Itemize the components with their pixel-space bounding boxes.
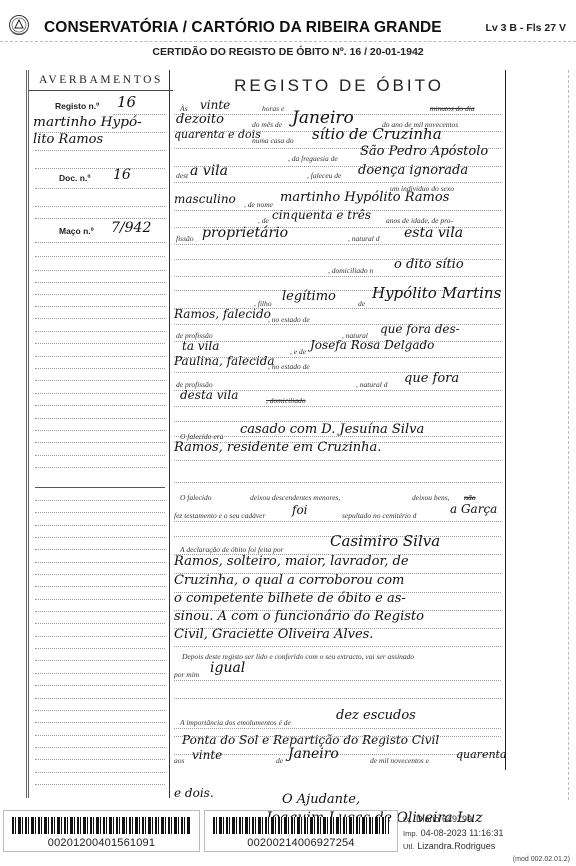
- user-info: Utl.Lizandra.Rodrigues: [403, 841, 495, 851]
- value-spouse: casado com D. Jesuína Silva: [240, 422, 424, 437]
- value-fee: dez escudos: [336, 708, 416, 723]
- deceased-name-line1: martinho Hypó-: [33, 115, 142, 130]
- label-aos: aos: [174, 756, 184, 765]
- value-hour: vinte: [200, 98, 230, 112]
- value-month-signed: Janeiro: [288, 746, 339, 762]
- ruled-line: [35, 150, 165, 151]
- value-mother: Josefa Rosa Delgado: [310, 338, 434, 352]
- value-father-natural-cont: ta vila: [182, 339, 219, 353]
- registo-label: Registo n.º: [55, 101, 99, 111]
- coat-of-arms-icon: [8, 14, 30, 36]
- value-year-signed-cont: e dois.: [174, 786, 214, 800]
- label-falecido: O falecido: [180, 493, 211, 502]
- label-cemiterio: sepultado no cemitério d: [342, 511, 416, 520]
- label-mil: de mil novecentos e: [370, 756, 429, 765]
- print-info: Imp.04-08-2023 11:16:31: [403, 828, 504, 838]
- office-title: CONSERVATÓRIA / CARTÓRIO DA RIBEIRA GRAN…: [44, 19, 442, 37]
- imp-value: 04-08-2023 11:16:31: [421, 828, 504, 838]
- label-declaracao: A declaração de óbito foi feita por: [180, 545, 284, 554]
- doc-value: 16: [113, 167, 131, 183]
- label-natural3: , natural d: [356, 380, 387, 389]
- imp-label: Imp.: [403, 829, 418, 838]
- label-faleceu: , faleceu de: [307, 171, 341, 180]
- book-reference: Lv 3 B - Fls 27 V: [485, 22, 566, 34]
- value-place: sítio de Cruzinha: [312, 125, 442, 143]
- barcode-2: 00200214006927254: [204, 810, 398, 852]
- util-label: Utl.: [403, 842, 414, 851]
- ruled-line: [35, 256, 165, 257]
- label-profissao: fissão: [176, 234, 194, 243]
- value-name: martinho Hypólito Ramos: [280, 190, 449, 205]
- value-father-natural: que fora des-: [380, 322, 460, 336]
- label-de2: de: [358, 299, 365, 308]
- value-vila: a vila: [190, 163, 228, 179]
- model-code: (mod 002.02.01.2): [513, 856, 570, 863]
- label-descendentes: deixou descendentes menores,: [250, 493, 340, 502]
- value-mother-natural: que fora: [404, 371, 459, 386]
- label-estado: , no estado de: [268, 315, 310, 324]
- value-age: cinquenta e três: [272, 208, 371, 222]
- label-nome: , de nome: [244, 200, 273, 209]
- value-parish: São Pedro Apóstolo: [360, 144, 488, 159]
- value-sex: masculino: [174, 192, 236, 206]
- value-foi: foi: [292, 503, 308, 517]
- ruled-line: [35, 206, 165, 207]
- certificate-subtitle: CERTIDÃO DO REGISTO DE ÓBITO Nº. 16 / 20…: [0, 46, 576, 58]
- ruled-line: [35, 188, 165, 189]
- label-por-mim: por mim: [174, 670, 199, 679]
- label-estado2: , no estado de: [268, 362, 310, 371]
- label-cadaver: fez testamento e o seu cadáver: [174, 511, 265, 520]
- value-declarant-details: Ramos, solteiro, maior, lavrador, de: [174, 554, 409, 569]
- barcode-2-number: 00200214006927254: [205, 837, 397, 849]
- ruled-line: [35, 168, 165, 169]
- value-mother-natural-cont: desta vila: [180, 388, 238, 402]
- maco-value: 7/942: [111, 220, 151, 236]
- label-e-de: , e de: [290, 347, 306, 356]
- barcode-bars: [213, 817, 389, 834]
- value-father-surname: Ramos, falecido: [174, 307, 271, 321]
- label-minutos: minutos do dia: [430, 104, 475, 113]
- diario-info: Lç.Diário 649799: [403, 814, 472, 824]
- deceased-name-line2: lito Ramos: [33, 132, 103, 147]
- diario-label: Lç.: [403, 815, 413, 824]
- doc-label: Doc. n.º: [59, 173, 90, 183]
- value-year: quarenta e dois: [174, 128, 261, 141]
- value-father: Hypólito Martins: [372, 284, 501, 302]
- value-testamento: não: [464, 493, 476, 502]
- label-de3: de: [276, 756, 283, 765]
- label-domiciliado: , domiciliado n: [328, 266, 373, 275]
- label-emolumentos: A importância dos emolumentos é de: [180, 718, 291, 727]
- page-edge: [568, 70, 569, 800]
- ledger-page: AVERBAMENTOS Registo n.º 16 martinho Hyp…: [22, 70, 570, 800]
- value-signature-note: sinou. A com o funcionário do Registo: [174, 609, 424, 624]
- value-por-mim: igual: [210, 660, 245, 676]
- value-place-date: Ponta do Sol e Repartição do Registo Civ…: [182, 733, 439, 747]
- barcode-bars: [12, 817, 191, 834]
- ruled-line: [35, 242, 165, 243]
- value-official: Civil, Graciette Oliveira Alves.: [174, 627, 373, 642]
- ruled-line: [35, 218, 165, 219]
- value-profession: proprietário: [202, 225, 288, 241]
- barcode-1-number: 00201200401561091: [4, 837, 199, 849]
- label-bens: deixou bens,: [412, 493, 450, 502]
- label-casa: numa casa do: [252, 136, 294, 145]
- label-idade: anos de idade, de pro-: [386, 216, 453, 225]
- value-cause: doença ignorada: [358, 163, 468, 178]
- label-natural: , natural d: [348, 234, 379, 243]
- value-mother-surname: Paulina, falecida: [174, 354, 275, 368]
- value-natural: esta vila: [404, 225, 463, 241]
- registo-value: 16: [117, 93, 136, 111]
- document-header: CONSERVATÓRIA / CARTÓRIO DA RIBEIRA GRAN…: [0, 0, 576, 42]
- label-dest: dest: [176, 171, 188, 180]
- value-certificate: o competente bilhete de óbito e as-: [174, 591, 406, 606]
- header-divider: [0, 41, 576, 42]
- maco-label: Maço n.º: [59, 226, 94, 236]
- value-declarant-place: Cruzinha, o qual a corroborou com: [174, 573, 404, 588]
- label-horas: horas e: [262, 104, 284, 113]
- value-cemetery: a Garça: [450, 502, 497, 516]
- util-value: Lizandra.Rodrigues: [417, 841, 495, 851]
- value-domicile: o dito sítio: [394, 257, 464, 272]
- label-domiciliado2: , domiciliado: [266, 396, 306, 405]
- averbamentos-column: AVERBAMENTOS Registo n.º 16 martinho Hyp…: [26, 70, 170, 798]
- registo-obito-column: REGISTO DE ÓBITO Às vinte horas e minuto…: [172, 70, 506, 770]
- label-freguesia: , da freguesia de: [288, 154, 338, 163]
- value-day-signed: vinte: [192, 748, 222, 762]
- value-spouse-residence: Ramos, residente em Cruzinha.: [174, 440, 381, 455]
- barcode-1: 00201200401561091: [3, 810, 200, 852]
- value-year-signed: quarenta: [456, 748, 507, 761]
- averbamentos-heading: AVERBAMENTOS: [29, 74, 173, 86]
- value-day: dezoito: [176, 112, 224, 127]
- label-de: , de: [258, 216, 269, 225]
- signature-ajudante: O Ajudante,: [282, 792, 360, 807]
- value-declarant: Casimiro Silva: [330, 532, 440, 550]
- registo-title: REGISTO DE ÓBITO: [172, 76, 506, 96]
- heading-divider: [29, 90, 173, 91]
- diario-value: Diário 649799: [416, 814, 472, 824]
- value-filiation: legítimo: [282, 289, 336, 304]
